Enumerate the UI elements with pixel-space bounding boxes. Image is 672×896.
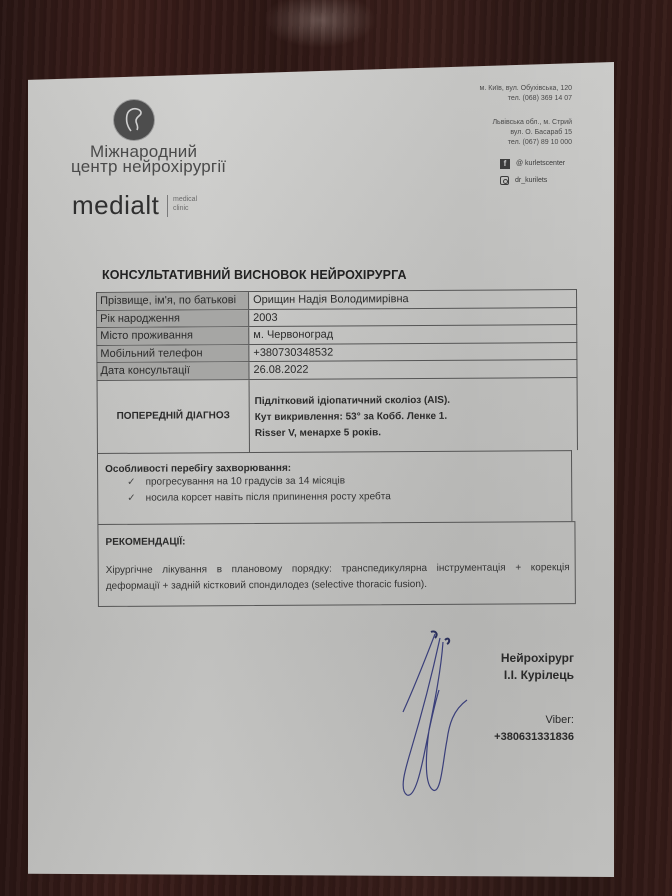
checkmark-icon: ✓ (127, 476, 135, 487)
table-row: Рік народження 2003 (96, 307, 577, 327)
head-profile-icon (114, 100, 154, 140)
clinic-name-line2: центр нейрохірургії (71, 157, 226, 177)
row-label: Місто проживання (97, 327, 249, 344)
stryi-phone: тел. (067) 89 10 000 (480, 138, 572, 148)
handwritten-signature (395, 630, 485, 800)
doctor-name: І.І. Курілець (501, 667, 574, 684)
row-label: Дата консультації (97, 362, 249, 379)
kyiv-phone: тел. (068) 369 14 07 (480, 94, 572, 104)
row-value: м. Червоноград (249, 325, 576, 343)
disease-course-section: Особливості перебігу захворювання: ✓прог… (97, 450, 572, 524)
viber-phone: +380631331836 (494, 729, 574, 746)
instagram-link: dr_kurilets (500, 174, 565, 187)
kyiv-address: м. Київ, вул. Обухівська, 120 (480, 84, 572, 94)
viber-contact: Viber: +380631331836 (494, 712, 574, 746)
facebook-icon: f (500, 159, 510, 169)
doctor-role: Нейрохірург (501, 650, 574, 667)
recommendations-heading: РЕКОМЕНДАЦІЇ: (105, 534, 569, 548)
row-label: Прізвище, ім'я, по батькові (97, 292, 249, 309)
table-row: Місто проживання м. Червоноград (96, 324, 577, 344)
document-title: КОНСУЛЬТАТИВНИЙ ВИСНОВОК НЕЙРОХІРУРГА (102, 268, 407, 282)
recommendations-section: РЕКОМЕНДАЦІЇ: Хірургічне лікування в пла… (97, 521, 575, 607)
facebook-link: f @ kurletscenter (500, 157, 565, 170)
diagnosis-text: Підлітковий ідіопатичний сколіоз (AIS). … (250, 378, 577, 452)
brand-divider (167, 195, 168, 217)
instagram-icon (500, 176, 509, 185)
row-value: 26.08.2022 (249, 360, 576, 378)
stryi-region: Львівська обл., м. Стрий (480, 118, 572, 128)
consultation-table: Прізвище, ім'я, по батькові Орищин Надія… (96, 289, 579, 606)
checkmark-icon: ✓ (127, 492, 135, 503)
row-value: Орищин Надія Володимирівна (249, 290, 576, 308)
stryi-street: вул. О. Басараб 15 (480, 128, 572, 138)
table-row: Мобільний телефон +380730348532 (96, 342, 577, 362)
list-item: ✓носила корсет навіть після припинення р… (105, 488, 571, 507)
recommendations-text: Хірургічне лікування в плановому порядку… (106, 560, 570, 595)
signature-block: Нейрохірург І.І. Курілець (501, 650, 574, 684)
diagnosis-label: ПОПЕРЕДНІЙ ДІАГНОЗ (98, 380, 250, 453)
table-row: Дата консультації 26.08.2022 (96, 359, 577, 379)
row-label: Рік народження (97, 310, 249, 327)
viber-label: Viber: (494, 712, 574, 729)
row-value: 2003 (249, 308, 576, 326)
diagnosis-section: ПОПЕРЕДНІЙ ДІАГНОЗ Підлітковий ідіопатич… (97, 377, 578, 453)
brand-logo: medialt (72, 190, 159, 221)
clinic-contacts: м. Київ, вул. Обухівська, 120 тел. (068)… (480, 84, 572, 148)
brand-subtitle: medical clinic (173, 195, 197, 213)
row-value: +380730348532 (249, 343, 576, 361)
row-label: Мобільний телефон (97, 345, 249, 362)
social-links: f @ kurletscenter dr_kurilets (500, 157, 565, 191)
table-row: Прізвище, ім'я, по батькові Орищин Надія… (96, 289, 577, 309)
